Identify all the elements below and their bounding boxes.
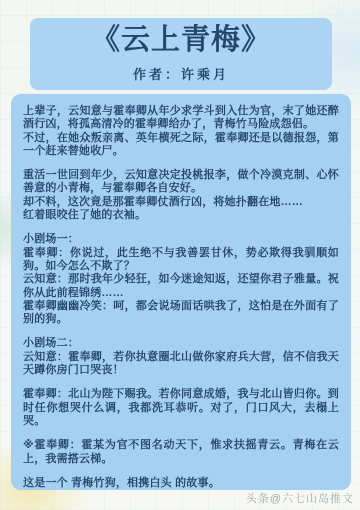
synopsis-paragraph-rebirth: 重活一世回到年少，云知意决定投桃报李，做个冷漠克制、心怀善意的小青梅，与霍奉卿各… [23,169,339,222]
synopsis-card: 上辈子，云知意与霍奉卿从年少求学斗到入仕为官，末了她还醉酒行凶，将孤高清冷的霍奉… [11,94,351,490]
synopsis-paragraph-scene-two-reply: 霍奉卿：北山为陛下赐我。若你同意成婚，我与北山皆归你。到时任你想哭什么调，我都洗… [23,388,339,428]
synopsis-paragraph-scene-two: 小剧场二： 云知意：霍奉卿，若你执意圈北山做你家府兵大营，信不信我天天蹲你房门口… [23,337,339,377]
synopsis-paragraph-backstory: 上辈子，云知意与霍奉卿从年少求学斗到入仕为官，末了她还醉酒行凶，将孤高清冷的霍奉… [23,105,339,158]
title-card: 《云上青梅》 作者：许乘月 [30,18,332,90]
synopsis-paragraph-summary: 这是一个 青梅竹狗，相携白头 的故事。 [23,477,339,490]
author-line: 作者：许乘月 [133,64,229,83]
synopsis-paragraph-tagline: ※霍奉卿：霍某为官不图名动天下，惟求扶摇青云。青梅在云上，我需搭云梯。 [23,439,339,466]
watermark: 头条@六七山岛推文 [246,490,354,506]
synopsis-paragraph-scene-one: 小剧场一： 霍奉卿：你说过，此生绝不与我善罢甘休，势必欺得我驯顺如狗。如今怎么不… [23,233,339,326]
novel-title: 《云上青梅》 [91,25,271,57]
